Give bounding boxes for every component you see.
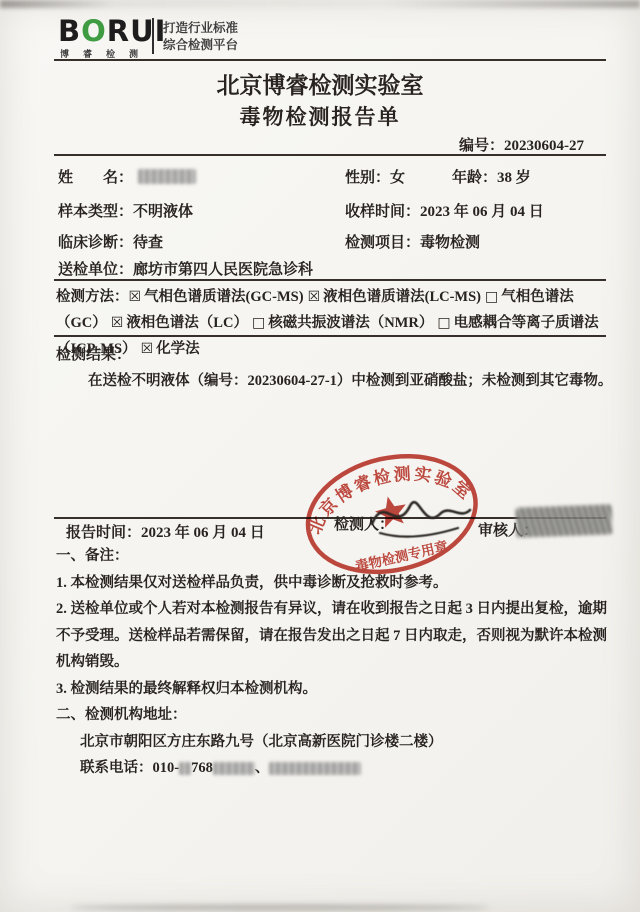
method-option: ☒液相色谱法（LC） [111, 315, 248, 331]
phone-part: 768 [191, 760, 213, 776]
patient-name-redacted [138, 169, 196, 184]
logo-divider [152, 18, 154, 54]
report-title: 毒物检测报告单 [0, 101, 640, 131]
method-label: 化学法 [156, 341, 200, 357]
checkbox-checked-icon: ☒ [308, 289, 321, 305]
logo-letter: B [58, 14, 81, 48]
tagline-line1: 打造行业标准 [163, 19, 238, 36]
phone-redacted [213, 762, 255, 775]
phone-line: 联系电话：010-768、 [80, 755, 608, 782]
method-option: ☒化学法 [141, 341, 200, 357]
phone-label: 联系电话： [80, 760, 153, 776]
methods-label: 检测方法： [56, 289, 129, 305]
diagnosis-field: 临床诊断：待查 [58, 231, 163, 252]
methods-items: ☒气相色谱质谱法(GC-MS)☒液相色谱质谱法(LC-MS)□气相色谱法（GC）… [56, 289, 599, 357]
phone-redacted [179, 762, 191, 775]
report-page: BORUI 博睿检测 打造行业标准 综合检测平台 北京博睿检测实验室 毒物检测报… [0, 0, 640, 912]
checkbox-unchecked-icon: □ [437, 315, 450, 331]
section-rule [54, 279, 606, 281]
age-field: 年龄：38 岁 [452, 166, 531, 187]
gender-field: 性别：女 [345, 166, 405, 187]
borui-logo: BORUI [58, 14, 166, 48]
lab-title: 北京博睿检测实验室 [0, 67, 640, 100]
scan-edge-artifact [0, 0, 640, 8]
reviewer-signature-redacted [516, 504, 613, 537]
note-item: 2. 送检单位或个人若对本检测报告有异议，请在收到报告之日起 3 日内提出复检，… [56, 596, 608, 676]
method-label: 液相色谱法（LC） [126, 315, 248, 331]
method-option: ☒气相色谱质谱法(GC-MS) [129, 289, 304, 305]
checkbox-unchecked-icon: □ [485, 289, 498, 305]
report-number: 编号：20230604-27 [459, 134, 584, 155]
report-time-field: 报告时间：2023 年 06 月 04 日 [66, 521, 265, 542]
patient-name-label: 姓 名： [58, 166, 133, 187]
address-title: 二、检测机构地址： [56, 702, 608, 729]
scan-edge-artifact [70, 905, 490, 910]
checkbox-unchecked-icon: □ [252, 315, 265, 331]
tester-signature [366, 486, 476, 544]
sender-field: 送检单位：廊坊市第四人民医院急诊科 [58, 258, 313, 279]
method-label: 核磁共振波谱法（NMR） [268, 315, 433, 331]
logo-chinese-name: 博睿检测 [60, 47, 152, 60]
methods-paragraph: 检测方法：☒气相色谱质谱法(GC-MS)☒液相色谱质谱法(LC-MS)□气相色谱… [56, 284, 606, 362]
method-option: □核磁共振波谱法（NMR） [252, 315, 433, 331]
phone-part: 010- [153, 760, 180, 776]
logo-letter-o: O [81, 14, 107, 48]
test-item-field: 检测项目：毒物检测 [345, 231, 480, 252]
logo-letters: RUI [107, 14, 167, 48]
results-label: 检测结果： [56, 343, 131, 364]
note-item: 3. 检测结果的最终解释权归本检测机构。 [56, 676, 608, 703]
sample-type-field: 样本类型：不明液体 [58, 200, 193, 221]
tagline-line2: 综合检测平台 [163, 36, 238, 53]
phone-redacted [269, 762, 361, 775]
method-option: ☒液相色谱质谱法(LC-MS) [308, 289, 481, 305]
method-label: 液相色谱质谱法(LC-MS) [323, 289, 481, 305]
checkbox-checked-icon: ☒ [141, 341, 154, 357]
checkbox-checked-icon: ☒ [129, 289, 142, 305]
address-text: 北京市朝阳区方庄东路九号（北京高新医院门诊楼二楼） [80, 729, 608, 756]
method-label: 气相色谱质谱法(GC-MS) [144, 289, 304, 305]
checkbox-checked-icon: ☒ [111, 315, 124, 331]
logo-tagline: 打造行业标准 综合检测平台 [163, 19, 238, 53]
phone-separator: 、 [255, 760, 270, 776]
received-time-field: 收样时间：2023 年 06 月 04 日 [345, 200, 544, 221]
results-text: 在送检不明液体（编号：20230604-27-1）中检测到亚硝酸盐；未检测到其它… [88, 369, 612, 390]
